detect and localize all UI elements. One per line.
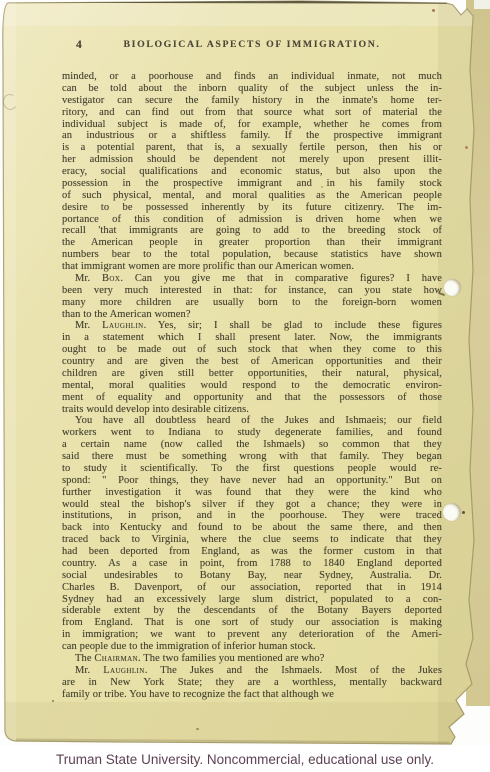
running-title: BIOLOGICAL ASPECTS OF IMMIGRATION. bbox=[62, 39, 442, 50]
punch-hole bbox=[443, 503, 461, 521]
text-line: ment of equality and opportunity and tha… bbox=[62, 392, 442, 404]
text-line: family or tribe. You have to recognize t… bbox=[62, 689, 442, 701]
scan-speck bbox=[196, 728, 199, 730]
page-number: 4 bbox=[76, 39, 82, 51]
text-line: back into Kentucky and found to be about… bbox=[62, 522, 442, 534]
text-line: ritory, and can find out from that sourc… bbox=[62, 107, 442, 119]
scan-speck bbox=[462, 511, 465, 514]
text-line: workers went to Indiana to study degener… bbox=[62, 427, 442, 439]
text-line: individual subject is made of, for examp… bbox=[62, 119, 442, 131]
text-line: been very much interested in that: for i… bbox=[62, 285, 442, 297]
text-line: can be told about the inborn quality of … bbox=[62, 83, 442, 95]
text-line: in a statement which I shall present lat… bbox=[62, 332, 442, 344]
text-line: country and are given the best of Americ… bbox=[62, 356, 442, 368]
text-line: traced back to Virginia, where the clue … bbox=[62, 534, 442, 546]
text-line: Charles B. Davenport, of our association… bbox=[62, 582, 442, 594]
text-line: numbers bear to the total population, be… bbox=[62, 249, 442, 261]
text-line: spond: " Poor things, they have never ha… bbox=[62, 475, 442, 487]
text-line: Sydney had an excessively large slum dis… bbox=[62, 594, 442, 606]
text-line: from England. That is one sort of study … bbox=[62, 617, 442, 629]
text-line: can people due to the immigration of inf… bbox=[62, 641, 442, 653]
text-line: minded, or a poorhouse and finds an indi… bbox=[62, 71, 442, 83]
speaker-name: Laughlin bbox=[102, 320, 144, 331]
text-line: possession in the prospective immigrant … bbox=[62, 178, 442, 190]
speaker-name: Box bbox=[102, 273, 120, 284]
scan-speck bbox=[52, 700, 54, 702]
text-line: are in New York State; they are a worthl… bbox=[62, 677, 442, 689]
text-line: Mr. Box. Can you give me that in compara… bbox=[62, 273, 442, 285]
text-line: You have all doubtless heard of the Juke… bbox=[62, 415, 442, 427]
text-line: desire to be possessed inherently by its… bbox=[62, 202, 442, 214]
text-line: her admission should be dependent not me… bbox=[62, 154, 442, 166]
credit-line: Truman State University. Noncommercial, … bbox=[56, 752, 434, 767]
text-line: recall 'that immigrants are going to add… bbox=[62, 225, 442, 237]
text-line: vestigator can secure the family history… bbox=[62, 95, 442, 107]
text-line: said there must be something wrong with … bbox=[62, 451, 442, 463]
text-line: a certain name (now called the Ishmaels)… bbox=[62, 439, 442, 451]
text-line: country. As a case in point, from 1788 t… bbox=[62, 558, 442, 570]
body-text: minded, or a poorhouse and finds an indi… bbox=[62, 71, 442, 700]
text-line: many more children are usually born to t… bbox=[62, 297, 442, 309]
text-line: than to the American women? bbox=[62, 309, 442, 321]
text-line: the American people in greater proportio… bbox=[62, 237, 442, 249]
text-line: social undesirables to Botany Bay, near … bbox=[62, 570, 442, 582]
text-line: children are given still better opportun… bbox=[62, 368, 442, 380]
text-line: is a potential parent, that is, a sexual… bbox=[62, 142, 442, 154]
text-line: that immigrant women are more prolific t… bbox=[62, 261, 442, 273]
text-line: further investigation it was found that … bbox=[62, 487, 442, 499]
text-line: Mr. Laughlin. The Jukes and the Ishmaels… bbox=[62, 665, 442, 677]
text-line: ought to be made out of such stock that … bbox=[62, 344, 442, 356]
text-line: institutions, in prison, and in the poor… bbox=[62, 510, 442, 522]
credit-bar: Truman State University. Noncommercial, … bbox=[0, 746, 490, 772]
text-line: siderable extent by the descendants of t… bbox=[62, 605, 442, 617]
scan-speck bbox=[432, 9, 435, 12]
text-line: traits would develop into desirable citi… bbox=[62, 404, 442, 416]
text-line: The Chairman. The two families you menti… bbox=[62, 653, 442, 665]
scan-speck bbox=[321, 186, 323, 188]
text-line: had been deported from England, as was t… bbox=[62, 546, 442, 558]
text-line: mental, moral qualities would respond to… bbox=[62, 380, 442, 392]
text-line: would steal the bishop's silver if they … bbox=[62, 499, 442, 511]
text-line: portance of this condition of admission … bbox=[62, 214, 442, 226]
punch-hole bbox=[444, 279, 461, 296]
text-line: Mr. Laughlin. Yes, sir; I shall be glad … bbox=[62, 320, 442, 332]
page-header: 4 BIOLOGICAL ASPECTS OF IMMIGRATION. bbox=[62, 39, 442, 55]
text-line: to study it scientifically. To the first… bbox=[62, 463, 442, 475]
text-line: of such physical, mental, and moral qual… bbox=[62, 190, 442, 202]
text-line: eracy, social qualifications and economi… bbox=[62, 166, 442, 178]
speaker-name: Laughlin bbox=[103, 665, 145, 676]
text-line: in immigration; we want to prevent any d… bbox=[62, 629, 442, 641]
speaker-name: Chairman bbox=[94, 653, 138, 664]
scan-speck bbox=[465, 146, 468, 149]
page-content: 4 BIOLOGICAL ASPECTS OF IMMIGRATION. min… bbox=[0, 0, 478, 748]
text-line: an industrious or a shiftless family. If… bbox=[62, 130, 442, 142]
